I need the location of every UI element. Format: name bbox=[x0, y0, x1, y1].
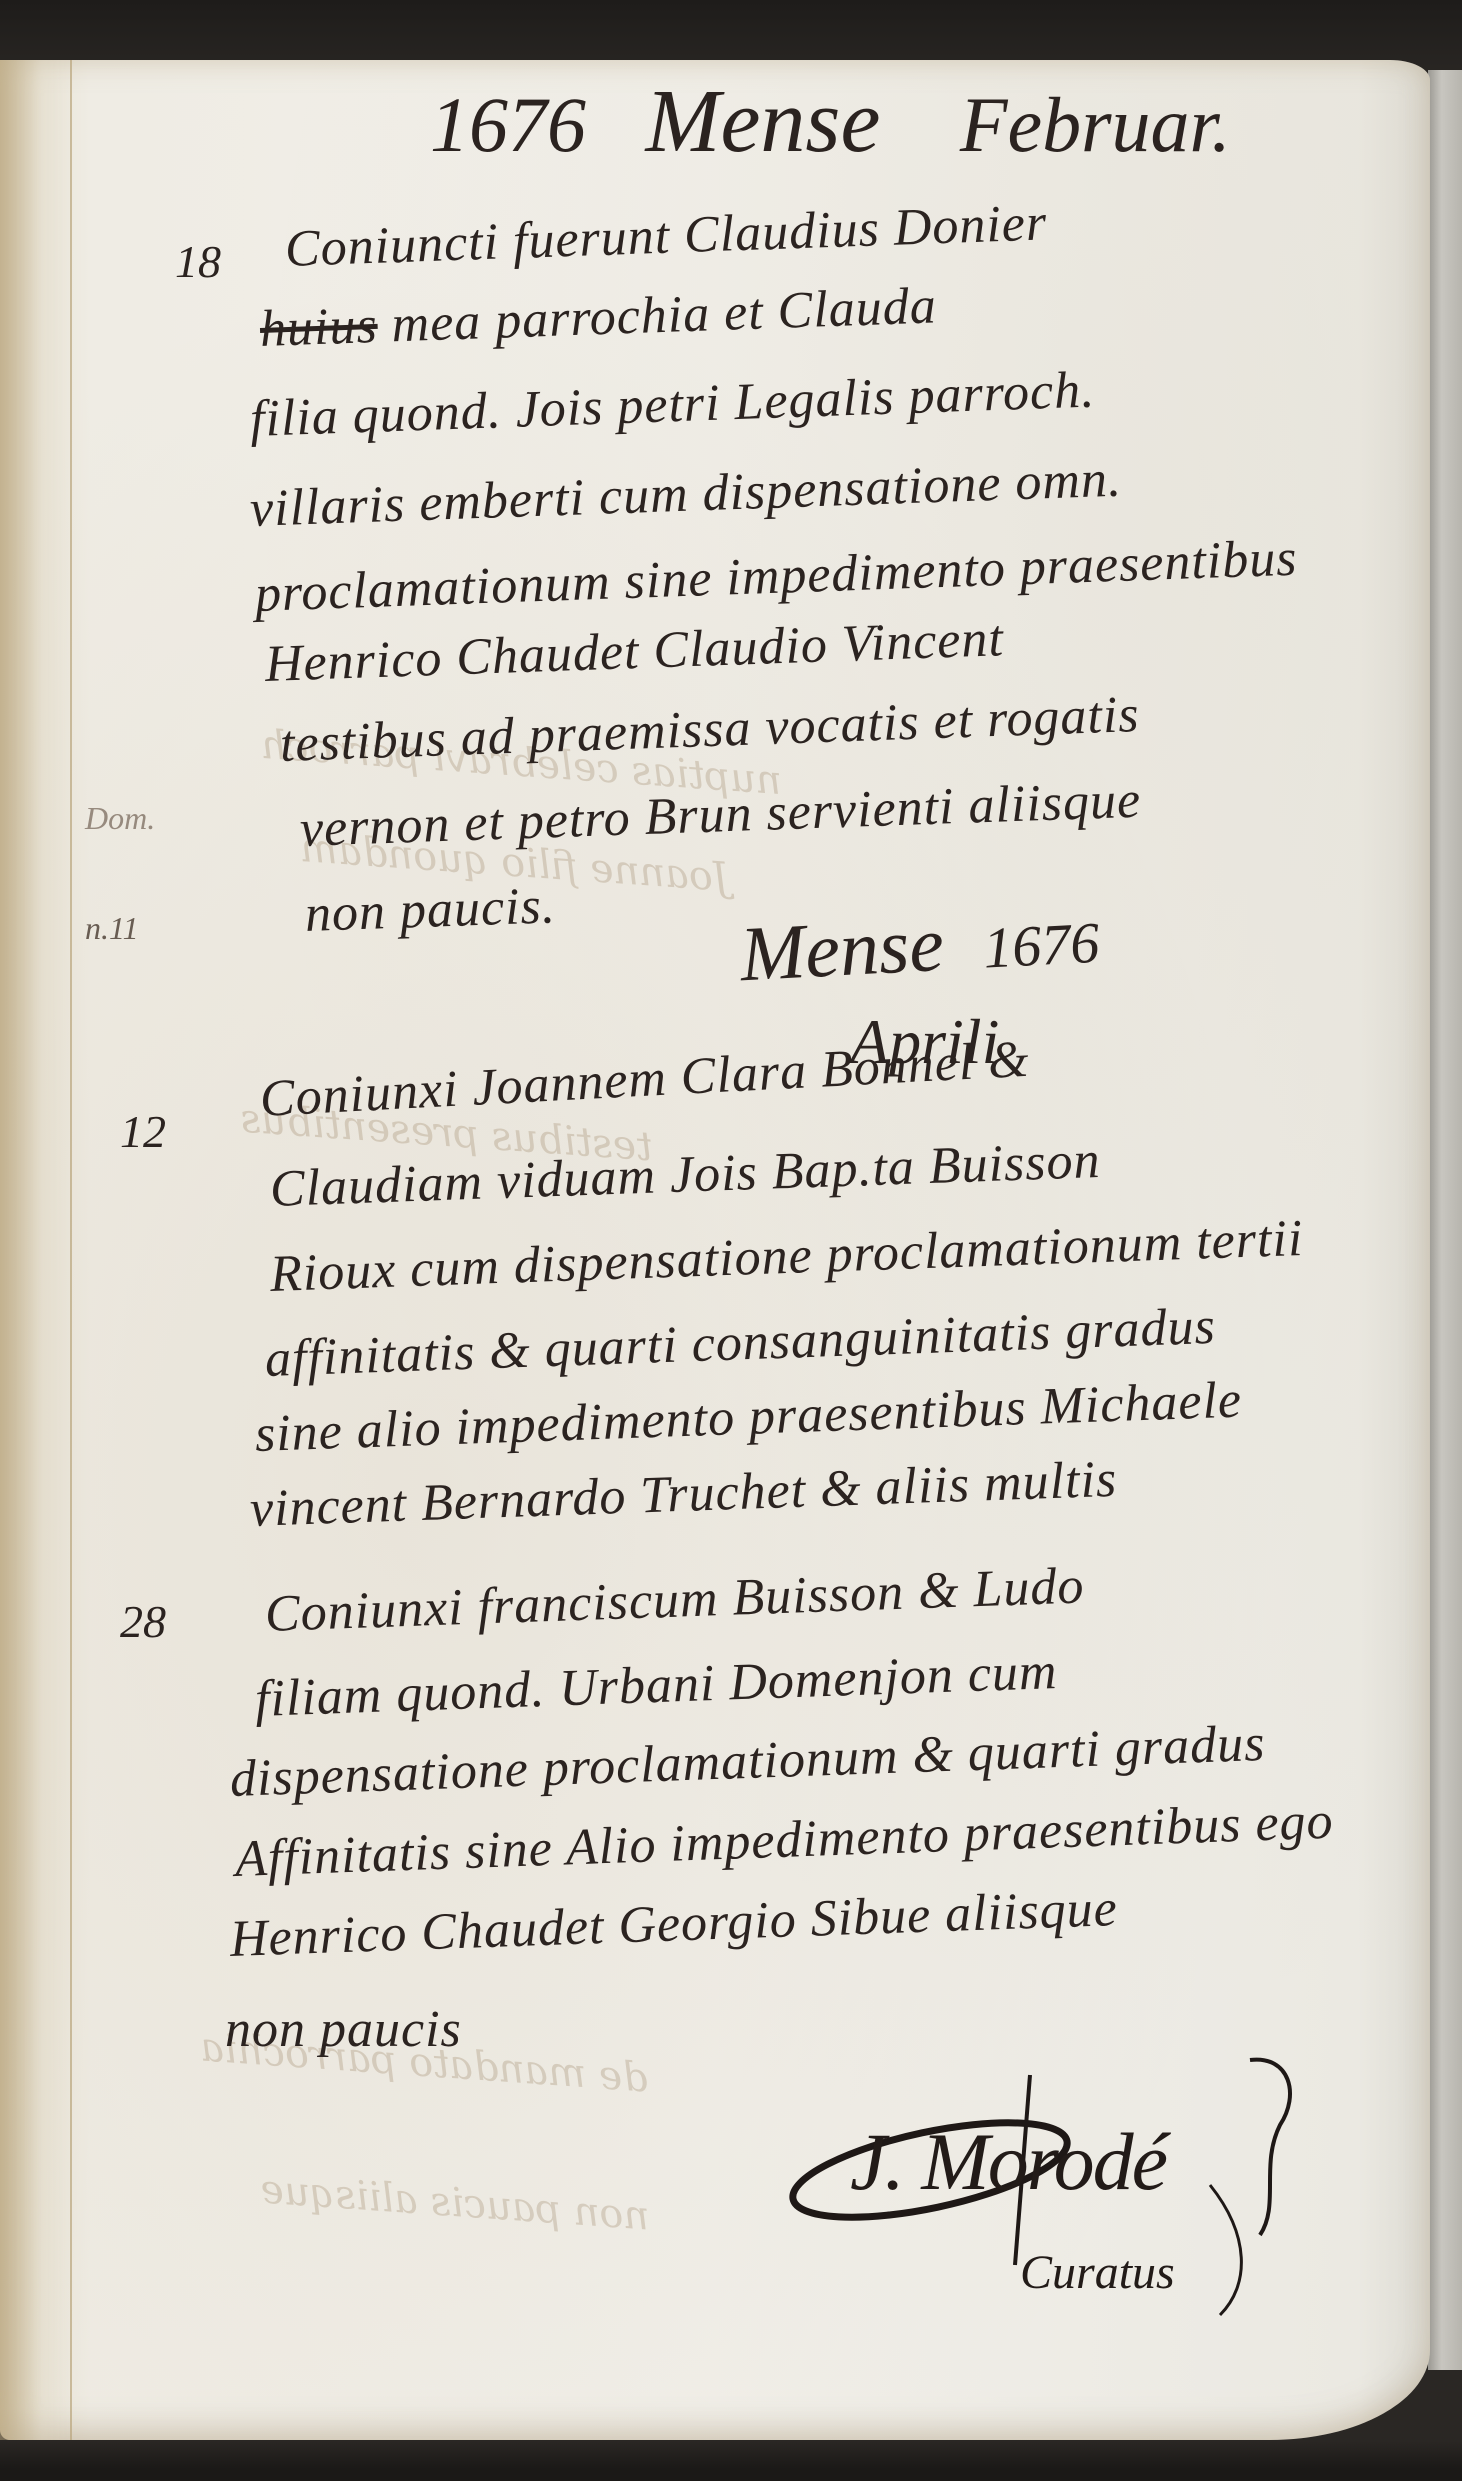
heading-month: Februar. bbox=[960, 81, 1231, 168]
entry-line: Henrico Chaudet Georgio Sibue aliisque bbox=[229, 1879, 1119, 1969]
entry-line-rest: mea parrochia et Clauda bbox=[391, 277, 938, 353]
adjacent-page-edge bbox=[1428, 70, 1462, 2370]
entry-line: filia quond. Jois petri Legalis parroch. bbox=[249, 361, 1096, 449]
signature-name: J. Morodé bbox=[850, 2115, 1166, 2209]
entry-line: Henrico Chaudet Claudio Vincent bbox=[264, 609, 1005, 694]
page-heading: 1676 Mense Februar. bbox=[430, 70, 1231, 173]
entry-line: Coniunxi franciscum Buisson & Ludo bbox=[264, 1556, 1085, 1644]
struck-word: huius bbox=[259, 297, 379, 358]
entry-day: 18 bbox=[175, 235, 221, 288]
entry-line: affinitatis & quarti consanguinitatis gr… bbox=[264, 1297, 1217, 1389]
manuscript-page: nuptias celebravi parroch Joanne filio q… bbox=[0, 60, 1430, 2440]
entry-line: testibus ad praemissa vocatis et rogatis bbox=[279, 685, 1140, 774]
signature-title: Curatus bbox=[1020, 2245, 1175, 2300]
curate-signature: J. Morodé Curatus bbox=[780, 2055, 1360, 2355]
margin-note: n.11 bbox=[85, 910, 139, 947]
entry-line: vernon et petro Brun servienti aliisque bbox=[299, 771, 1142, 859]
entry-line: villaris emberti cum dispensatione omn. bbox=[249, 450, 1123, 539]
bleed-through: non paucis aliisque bbox=[259, 2166, 651, 2239]
entry-line: proclamationum sine impedimento praesent… bbox=[254, 529, 1298, 624]
entry-line: Rioux cum dispensatione proclamationum t… bbox=[269, 1209, 1304, 1304]
entry-line: non paucis bbox=[225, 2000, 462, 2059]
entry-line: Coniuncti fuerunt Claudius Donier bbox=[284, 193, 1048, 279]
margin-note: Dom. bbox=[85, 800, 155, 837]
scan-bottom-edge bbox=[0, 2441, 1462, 2481]
entry-line: Affinitatis sine Alio impedimento praese… bbox=[234, 1792, 1334, 1889]
entry-day: 28 bbox=[120, 1595, 166, 1648]
heading-year: 1676 bbox=[430, 81, 586, 168]
section-heading: Mense 1676 bbox=[738, 891, 1101, 1000]
entry-day: 12 bbox=[120, 1105, 166, 1158]
entry-line: Claudiam viduam Jois Bap.ta Buisson bbox=[269, 1131, 1101, 1219]
subheading-mense: Mense bbox=[738, 900, 946, 998]
page-gutter bbox=[0, 60, 72, 2440]
subheading-year: 1676 bbox=[982, 910, 1101, 981]
entry-line: huius mea parrochia et Clauda bbox=[259, 276, 938, 359]
entry-line: Coniunxi Joannem Clara Bonnel & bbox=[258, 1030, 1031, 1129]
entry-line: dispensatione proclamationum & quarti gr… bbox=[229, 1714, 1266, 1809]
heading-mense: Mense bbox=[646, 72, 881, 171]
entry-line: non paucis. bbox=[304, 876, 557, 944]
entry-line: vincent Bernardo Truchet & aliis multis bbox=[249, 1450, 1118, 1539]
entry-line: filiam quond. Urbani Domenjon cum bbox=[254, 1642, 1058, 1729]
